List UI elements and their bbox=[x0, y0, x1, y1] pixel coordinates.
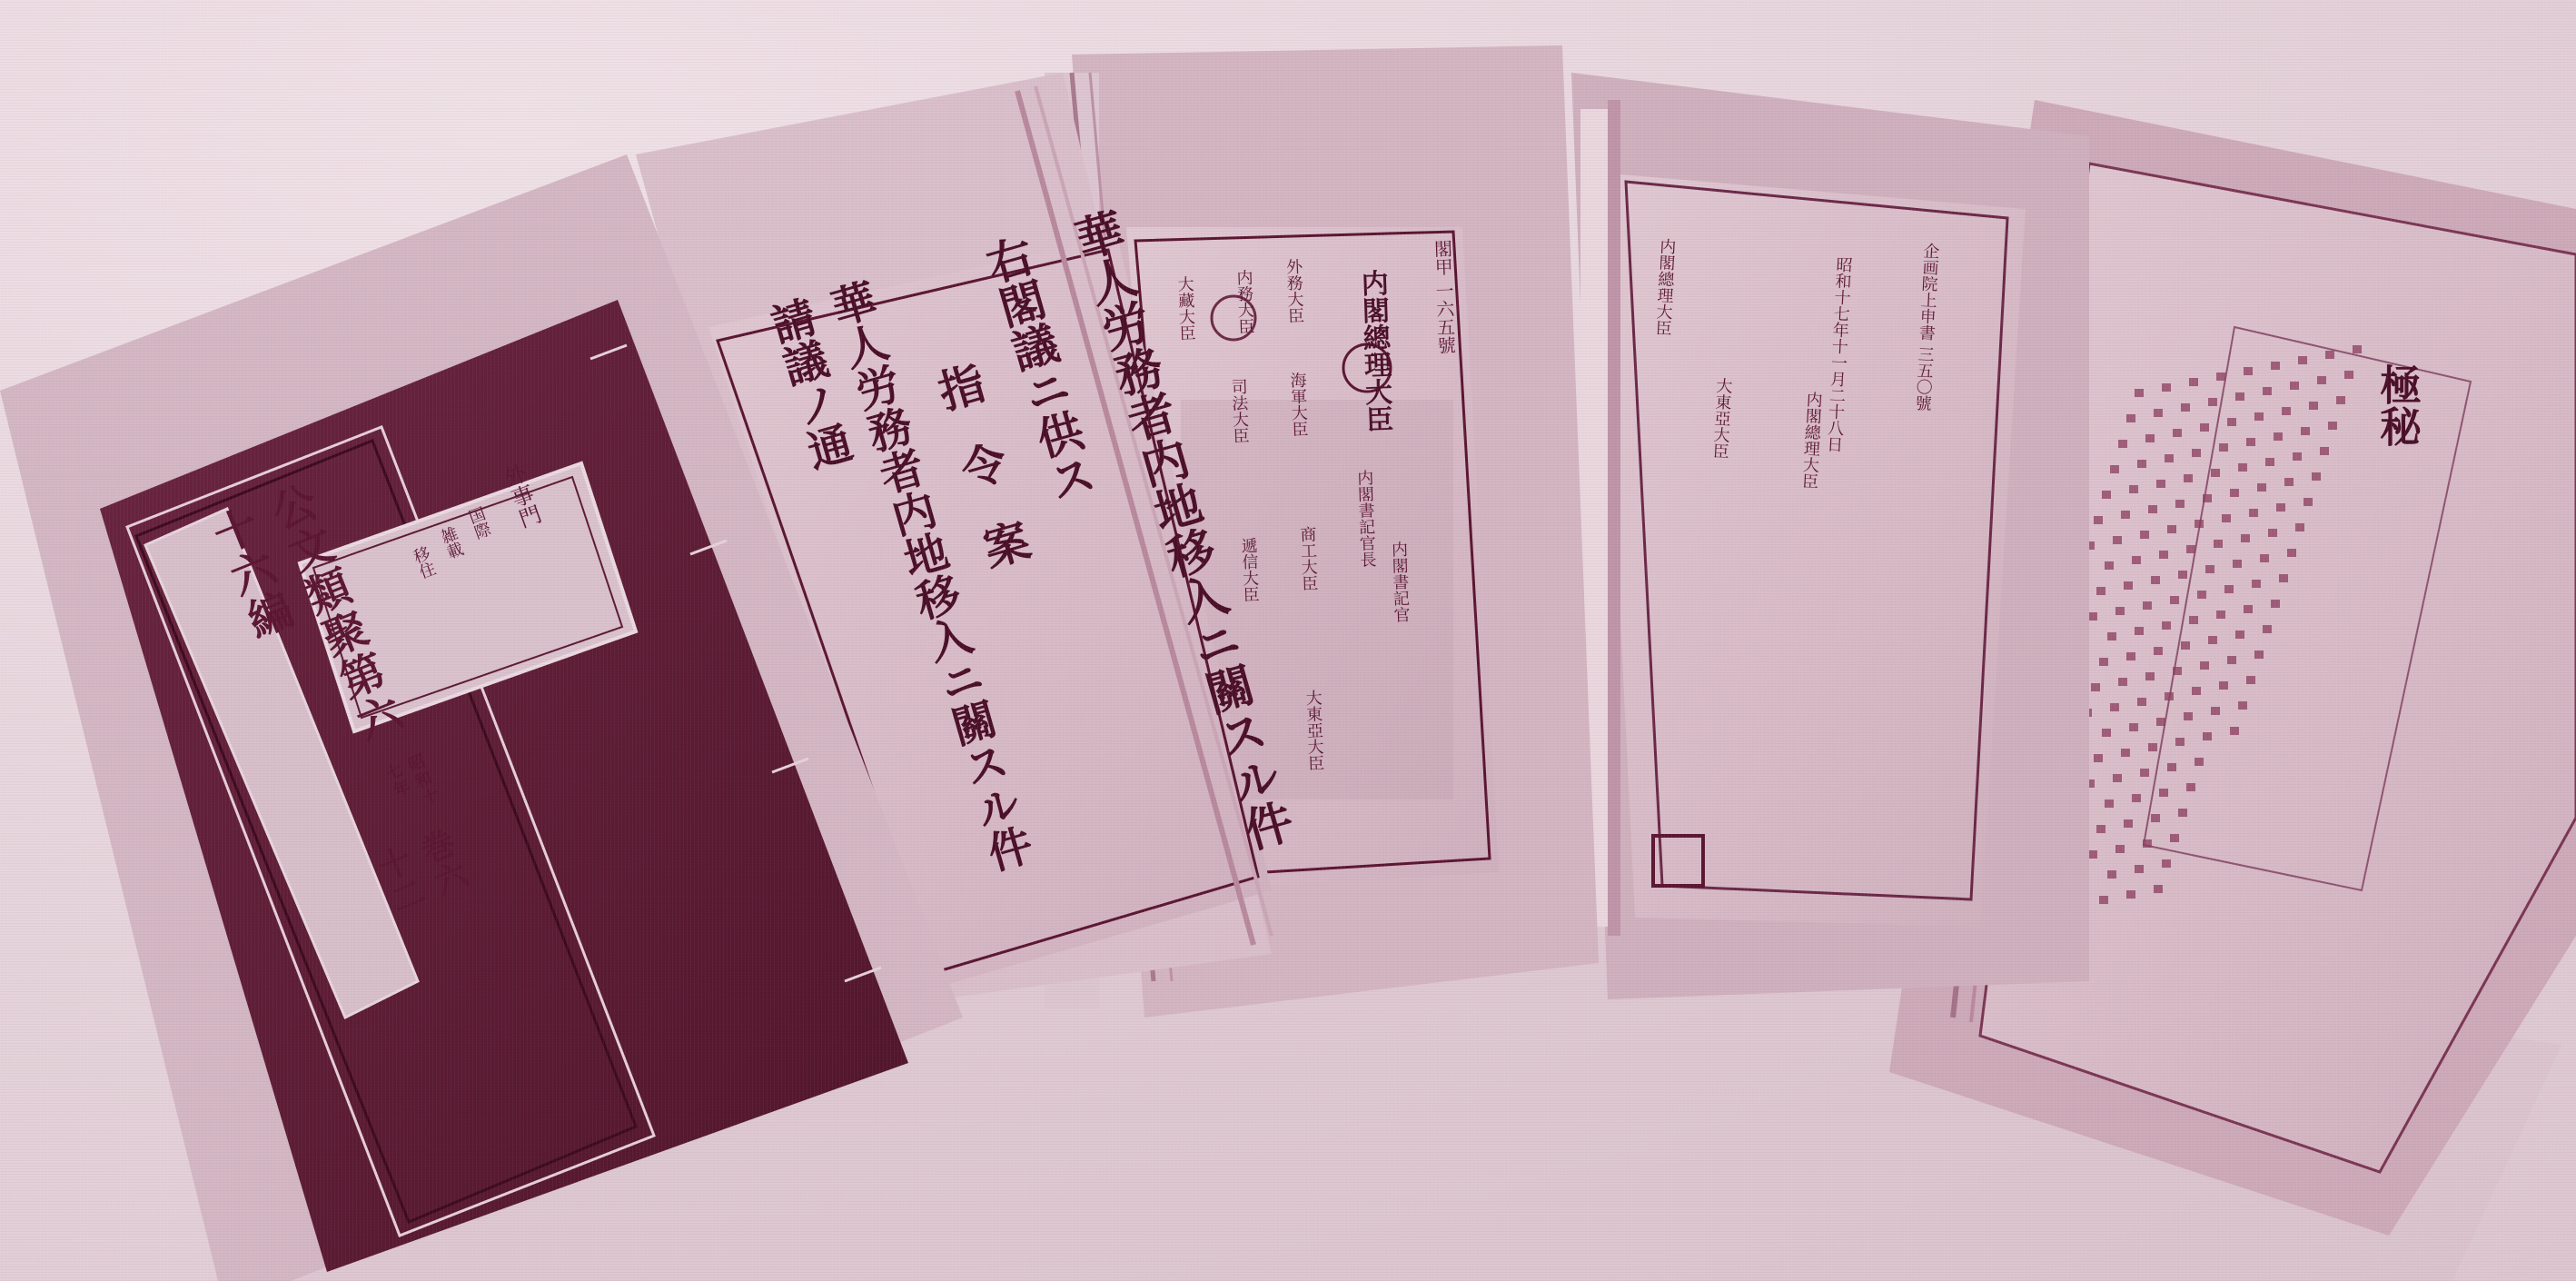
label-line-2: 国際 bbox=[461, 504, 501, 561]
doc2-minister-2: 内務大臣 bbox=[1231, 269, 1256, 335]
doc2-number-header: 閣甲 一六五號 bbox=[1429, 239, 1459, 354]
doc2-minister-6: 商工大臣 bbox=[1294, 526, 1320, 592]
doc3-addressee: 内閣總理大臣 bbox=[1650, 237, 1679, 336]
doc2-secretary: 内閣書記官 bbox=[1386, 541, 1412, 623]
doc3-date: 昭和十七年十一月二十八日 bbox=[1821, 255, 1855, 452]
doc2-minister-5: 司法大臣 bbox=[1225, 378, 1251, 444]
gokuhi-stamp: 極秘 bbox=[2373, 363, 2422, 447]
doc3-number-header: 企画院上申書 三五〇號 bbox=[1909, 242, 1942, 412]
document-3-text: 企画院上申書 三五〇號 昭和十七年十一月二十八日 内閣總理大臣 大東亞大臣 内閣… bbox=[1599, 200, 1979, 908]
doc2-minister-4: 海軍大臣 bbox=[1284, 372, 1310, 438]
photograph: 極秘 bbox=[0, 0, 2576, 1281]
doc2-minister-3: 大藏大臣 bbox=[1172, 275, 1197, 342]
doc2-minister-8: 大東亞大臣 bbox=[1300, 689, 1326, 771]
doc2-secretary-chief: 内閣書記官長 bbox=[1352, 469, 1379, 568]
doc3-signer-2: 内閣總理大臣 bbox=[1797, 391, 1826, 490]
doc2-title: 内閣總理大臣 bbox=[1351, 269, 1396, 433]
label-line-3: 雑載 bbox=[434, 523, 471, 571]
doc2-minister-7: 遞信大臣 bbox=[1235, 537, 1261, 603]
doc2-minister-1: 外務大臣 bbox=[1281, 258, 1306, 324]
document-2-text: 閣甲 一六五號 内閣總理大臣 外務大臣 内務大臣 大藏大臣 海軍大臣 司法大臣 … bbox=[1144, 230, 1484, 868]
doc3-signer-1: 大東亞大臣 bbox=[1707, 377, 1735, 460]
